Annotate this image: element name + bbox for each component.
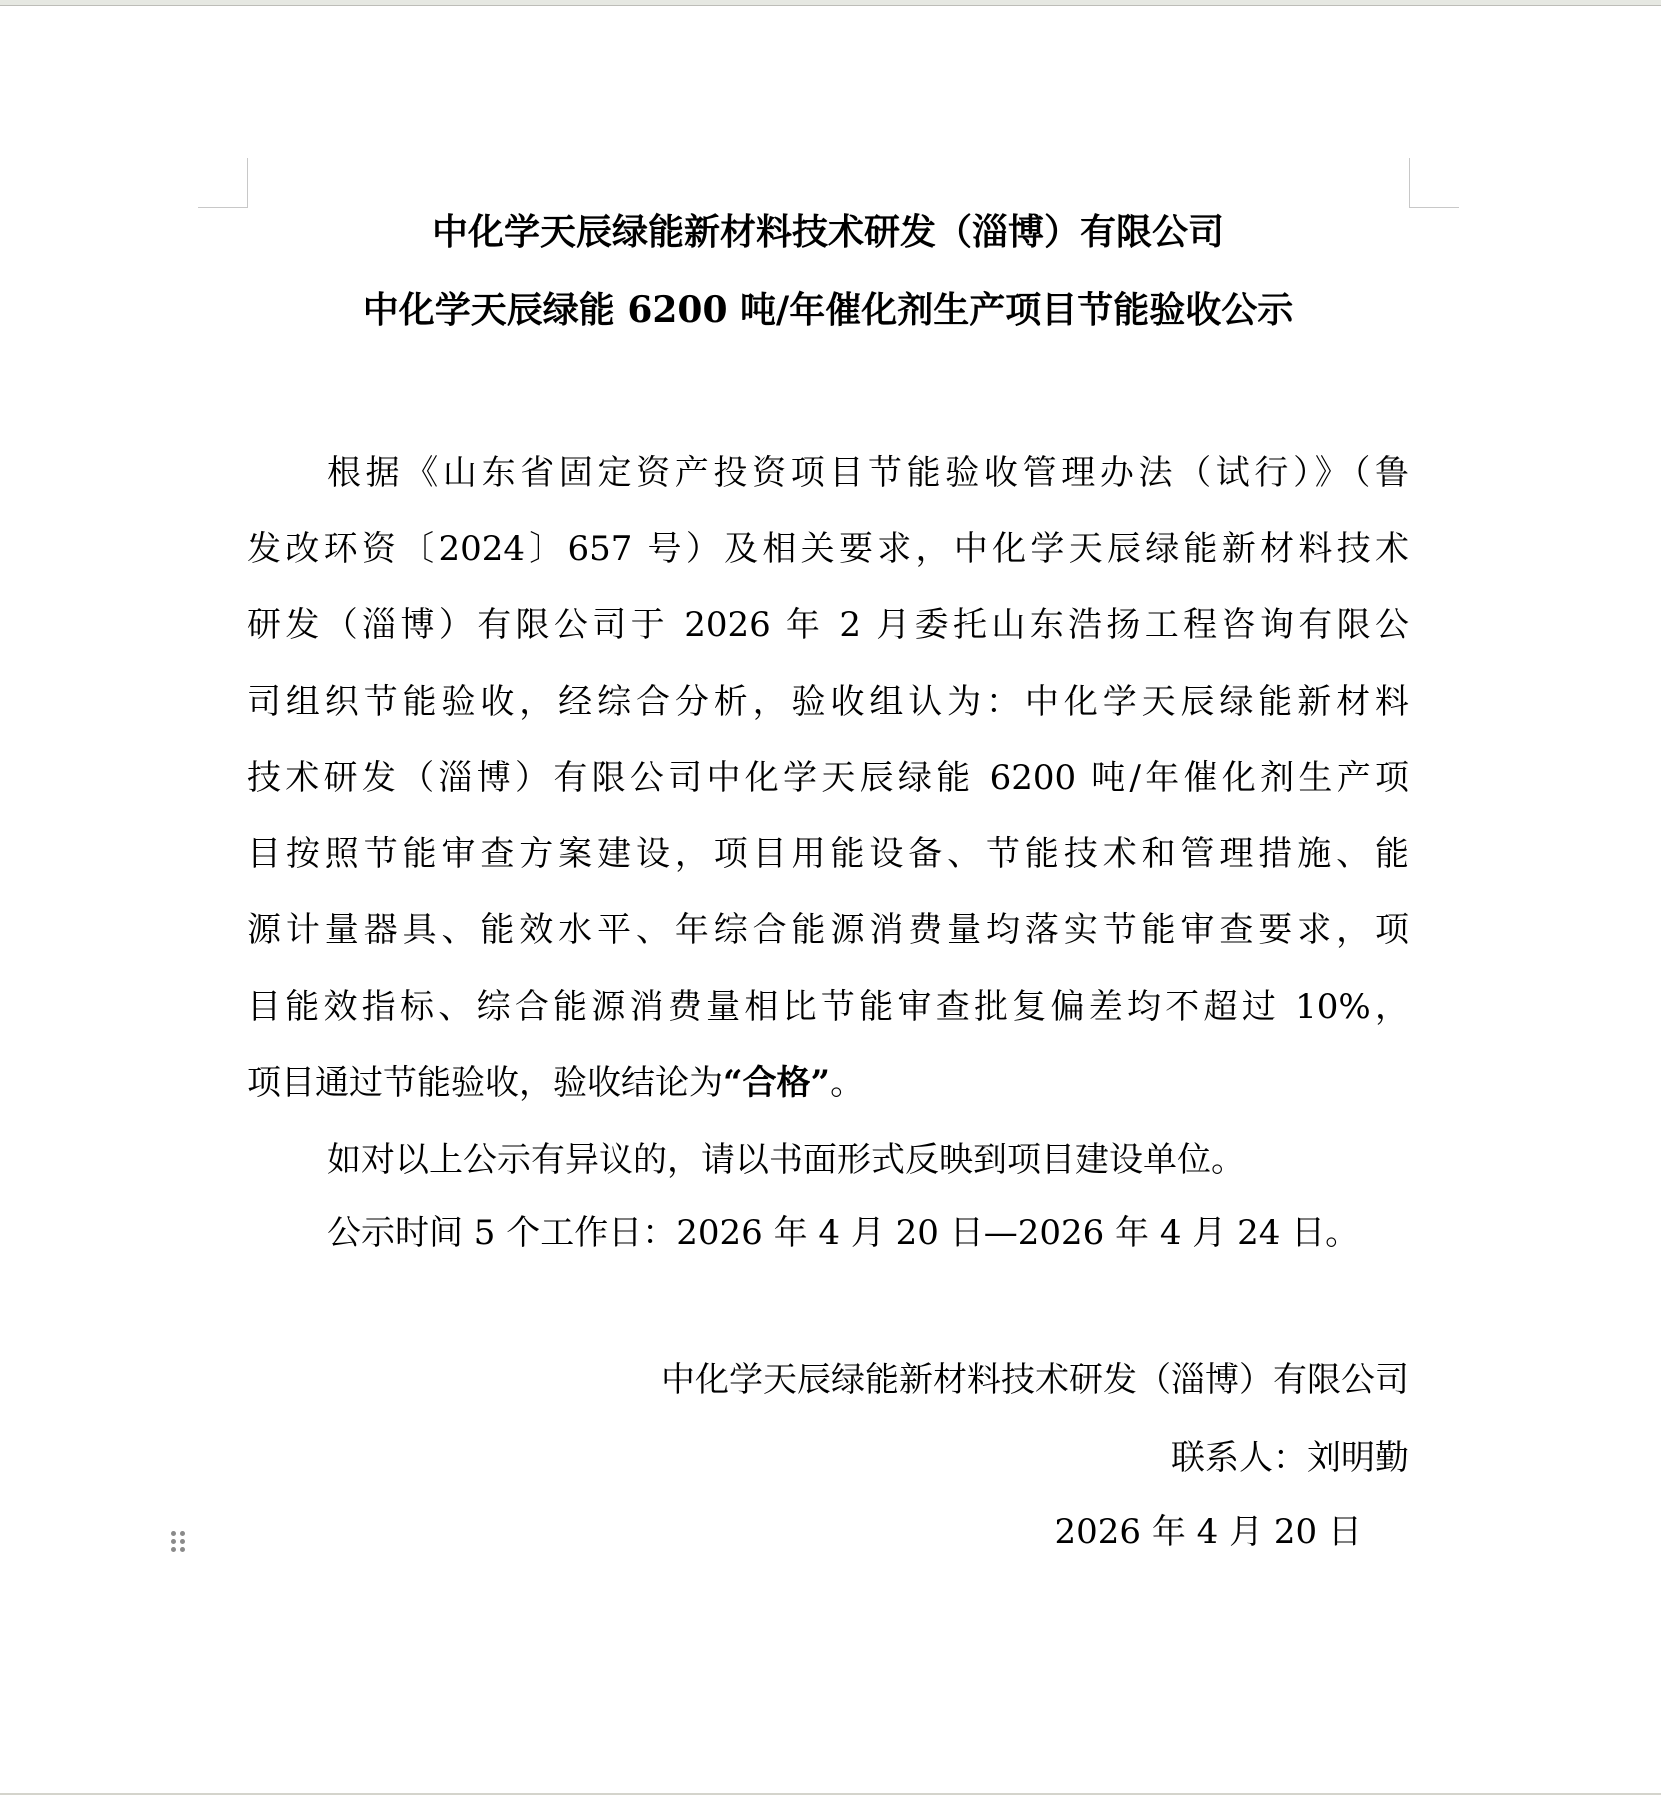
paragraph-1-line-2: 发改环资〔2024〕657 号）及相关要求，中化学天辰绿能新材料技术: [247, 527, 1409, 571]
grip-dot: [180, 1531, 185, 1536]
paragraph-1-line-8: 目能效指标、综合能源消费量相比节能审查批复偏差均不超过 10%，: [247, 985, 1409, 1029]
grip-dot: [180, 1539, 185, 1544]
grip-dot: [171, 1539, 176, 1544]
conclusion-result: “合格”: [723, 1063, 830, 1103]
paragraph-publicity-period: 公示时间 5 个工作日：2026 年 4 月 20 日—2026 年 4 月 2…: [327, 1211, 1409, 1255]
paragraph-1-line-7: 源计量器具、能效水平、年综合能源消费量均落实节能审查要求，项: [247, 908, 1409, 952]
paragraph-objection-notice: 如对以上公示有异议的，请以书面形式反映到项目建设单位。: [327, 1138, 1409, 1182]
paragraph-1-line-9: 项目通过节能验收，验收结论为“合格”。: [247, 1061, 1409, 1105]
grip-dot: [180, 1547, 185, 1552]
margin-corner-top-right: [1409, 158, 1459, 208]
paragraph-1-line-3: 研发（淄博）有限公司于 2026 年 2 月委托山东浩扬工程咨询有限公: [247, 603, 1409, 647]
conclusion-suffix: 。: [830, 1063, 864, 1103]
conclusion-prefix: 项目通过节能验收，验收结论为: [247, 1063, 723, 1103]
signature-contact: 联系人：刘明勤: [247, 1436, 1409, 1480]
paragraph-1-line-1: 根据《山东省固定资产投资项目节能验收管理办法（试行）》（鲁: [327, 451, 1409, 495]
paragraph-1-line-4: 司组织节能验收，经综合分析，验收组认为：中化学天辰绿能新材料: [247, 680, 1409, 724]
grip-dots-icon[interactable]: [171, 1531, 187, 1555]
paragraph-1-line-5: 技术研发（淄博）有限公司中化学天辰绿能 6200 吨/年催化剂生产项: [247, 756, 1409, 800]
signature-date: 2026 年 4 月 20 日: [247, 1510, 1362, 1554]
margin-corner-top-left: [198, 158, 248, 208]
document-title-company: 中化学天辰绿能新材料技术研发（淄博）有限公司: [247, 210, 1409, 254]
paragraph-1-line-6: 目按照节能审查方案建设，项目用能设备、节能技术和管理措施、能: [247, 832, 1409, 876]
document-title-subject: 中化学天辰绿能 6200 吨/年催化剂生产项目节能验收公示: [247, 288, 1409, 332]
signature-company: 中化学天辰绿能新材料技术研发（淄博）有限公司: [247, 1358, 1409, 1402]
grip-dot: [171, 1547, 176, 1552]
grip-dot: [171, 1531, 176, 1536]
